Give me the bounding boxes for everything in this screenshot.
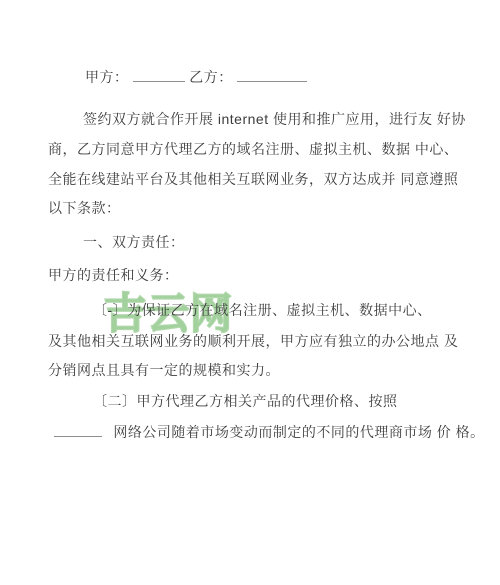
intro-line-4: 以下条款： — [48, 200, 121, 217]
party-a-blank-line: ________ — [133, 68, 185, 82]
clause-one-line-3: 分销网点且具有一定的规模和实力。 — [48, 362, 280, 379]
intro-line-3: 全能在线建站平台及其他相关互联网业务，双方达成并 同意遵照 — [48, 171, 458, 188]
party-a-label: 甲方： — [85, 69, 129, 85]
clause-one-line-2: 及其他相关互联网业务的顺利开展，甲方应有独立的办公地点 及 — [48, 333, 458, 350]
section-heading: 一、双方责任： — [83, 234, 185, 251]
intro-line-1: 签约双方就合作开展 internet 使用和推广应用，进行友 好协 — [83, 111, 466, 128]
clause-one-line-1: 〔-〕为保证乙方在域名注册、虚拟主机、数据中心、 — [93, 302, 432, 319]
parties-line: 甲方： ________ 乙方： __________ — [85, 68, 307, 86]
intro-line-2: 商，乙方同意甲方代理乙方的域名注册、虚拟主机、数据 中心、 — [48, 141, 458, 158]
clause-two-line-2: ________ 网络公司随着市场变动而制定的不同的代理商市场 价 格。 — [54, 423, 485, 441]
party-b-label: 乙方： — [189, 69, 233, 85]
clause-two-line-1: 〔二〕甲方代理乙方相关产品的代理价格、按照 — [93, 393, 398, 410]
subsection-heading: 甲方的责任和义务： — [48, 267, 179, 284]
contract-document-page: 吉云网 甲方： ________ 乙方： __________ 签约双方就合作开… — [0, 0, 500, 585]
clause-two-line-2-text: 网络公司随着市场变动而制定的不同的代理商市场 价 格。 — [113, 424, 484, 440]
clause-two-blank-line: ________ — [54, 423, 102, 437]
party-b-blank-line: __________ — [237, 68, 307, 82]
